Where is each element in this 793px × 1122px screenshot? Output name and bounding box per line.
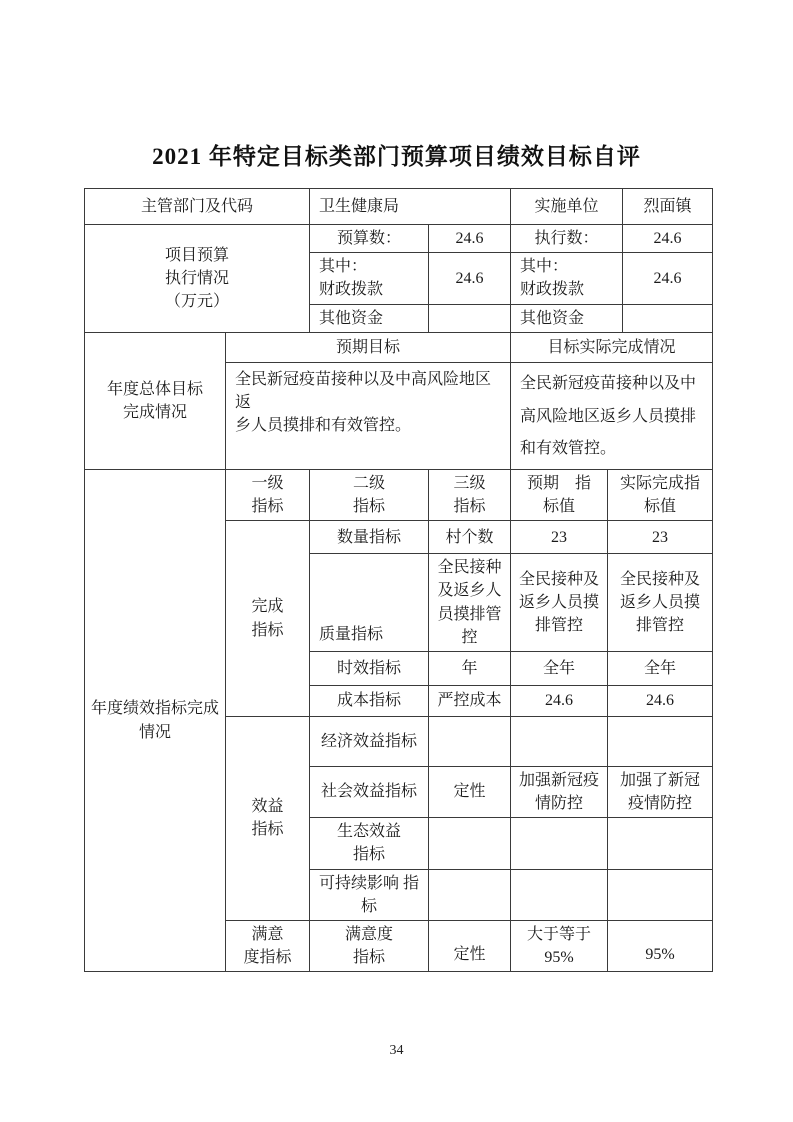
indicator-actual xyxy=(608,818,713,869)
exec-other-label: 其他资金 xyxy=(511,304,623,332)
indicator-expected xyxy=(511,869,608,920)
indicator-actual xyxy=(608,869,713,920)
level1-header: 一级 指标 xyxy=(226,469,310,520)
indicator-actual: 23 xyxy=(608,521,713,554)
budget-fiscal-value: 24.6 xyxy=(429,253,511,304)
expected-goal-text: 全民新冠疫苗接种以及中高风险地区返 乡人员摸排和有效管控。 xyxy=(226,362,511,469)
expected-value-header: 预期 指 标值 xyxy=(511,469,608,520)
indicator-level3 xyxy=(429,716,511,766)
page-number: 34 xyxy=(0,1043,793,1059)
page-title: 2021 年特定目标类部门预算项目绩效目标自评 xyxy=(0,138,793,171)
indicator-level2: 数量指标 xyxy=(310,521,429,554)
indicator-level3: 村个数 xyxy=(429,521,511,554)
exec-number-label: 执行数： xyxy=(511,225,623,253)
actual-goal-header: 目标实际完成情况 xyxy=(511,332,713,362)
exec-other-value xyxy=(623,304,713,332)
expected-goal-header: 预期目标 xyxy=(226,332,511,362)
indicator-expected: 全民接种及 返乡人员摸 排管控 xyxy=(511,554,608,652)
indicator-level2: 时效指标 xyxy=(310,651,429,685)
indicators-section-label: 年度绩效指标完成 情况 xyxy=(85,469,226,972)
exec-fiscal-label: 其中： 财政拨款 xyxy=(511,253,623,304)
exec-number-value: 24.6 xyxy=(623,225,713,253)
annual-goal-section-label: 年度总体目标 完成情况 xyxy=(85,332,226,469)
indicator-level3: 全民接种 及返乡人 员摸排管 控 xyxy=(429,554,511,652)
benefit-group-label: 效益 指标 xyxy=(226,716,310,920)
indicator-expected: 全年 xyxy=(511,651,608,685)
completion-group-label: 完成 指标 xyxy=(226,521,310,717)
performance-eval-table: 主管部门及代码 卫生健康局 实施单位 烈面镇 项目预算 执行情况 （万元） 预算… xyxy=(84,188,713,972)
indicator-actual: 95% xyxy=(608,921,713,972)
indicator-level2: 成本指标 xyxy=(310,685,429,716)
dept-code-label: 主管部门及代码 xyxy=(85,189,310,225)
indicator-level2: 经济效益指标 xyxy=(310,716,429,766)
impl-unit-label: 实施单位 xyxy=(511,189,623,225)
level2-header: 二级 指标 xyxy=(310,469,429,520)
indicator-level2: 可持续影响 指 标 xyxy=(310,869,429,920)
indicator-level2: 满意度 指标 xyxy=(310,921,429,972)
indicator-actual: 24.6 xyxy=(608,685,713,716)
budget-section-label: 项目预算 执行情况 （万元） xyxy=(85,225,310,333)
indicator-level3: 年 xyxy=(429,651,511,685)
indicator-expected: 大于等于 95% xyxy=(511,921,608,972)
actual-value-header: 实际完成指 标值 xyxy=(608,469,713,520)
indicator-actual: 全年 xyxy=(608,651,713,685)
indicator-level3: 定性 xyxy=(429,766,511,817)
budget-number-label: 预算数： xyxy=(310,225,429,253)
budget-other-label: 其他资金 xyxy=(310,304,429,332)
indicator-level2: 社会效益指标 xyxy=(310,766,429,817)
indicator-expected: 23 xyxy=(511,521,608,554)
satisfaction-group-label: 满意 度指标 xyxy=(226,921,310,972)
indicator-level2: 生态效益 指标 xyxy=(310,818,429,869)
indicator-expected: 加强新冠疫 情防控 xyxy=(511,766,608,817)
exec-fiscal-value: 24.6 xyxy=(623,253,713,304)
indicator-actual: 加强了新冠 疫情防控 xyxy=(608,766,713,817)
budget-number-value: 24.6 xyxy=(429,225,511,253)
impl-unit-value: 烈面镇 xyxy=(623,189,713,225)
indicator-actual: 全民接种及 返乡人员摸 排管控 xyxy=(608,554,713,652)
indicator-level3 xyxy=(429,869,511,920)
dept-value: 卫生健康局 xyxy=(310,189,511,225)
indicator-level3: 严控成本 xyxy=(429,685,511,716)
level3-header: 三级 指标 xyxy=(429,469,511,520)
indicator-level3 xyxy=(429,818,511,869)
indicator-expected: 24.6 xyxy=(511,685,608,716)
indicator-expected xyxy=(511,818,608,869)
indicator-level3: 定性 xyxy=(429,921,511,972)
indicator-level2: 质量指标 xyxy=(310,554,429,652)
indicator-actual xyxy=(608,716,713,766)
actual-goal-text: 全民新冠疫苗接种以及中 高风险地区返乡人员摸排 和有效管控。 xyxy=(511,362,713,469)
document-page: 2021 年特定目标类部门预算项目绩效目标自评 主管部门及代码 卫生健康局 实施… xyxy=(0,0,793,1122)
budget-other-value xyxy=(429,304,511,332)
indicator-expected xyxy=(511,716,608,766)
budget-fiscal-label: 其中： 财政拨款 xyxy=(310,253,429,304)
